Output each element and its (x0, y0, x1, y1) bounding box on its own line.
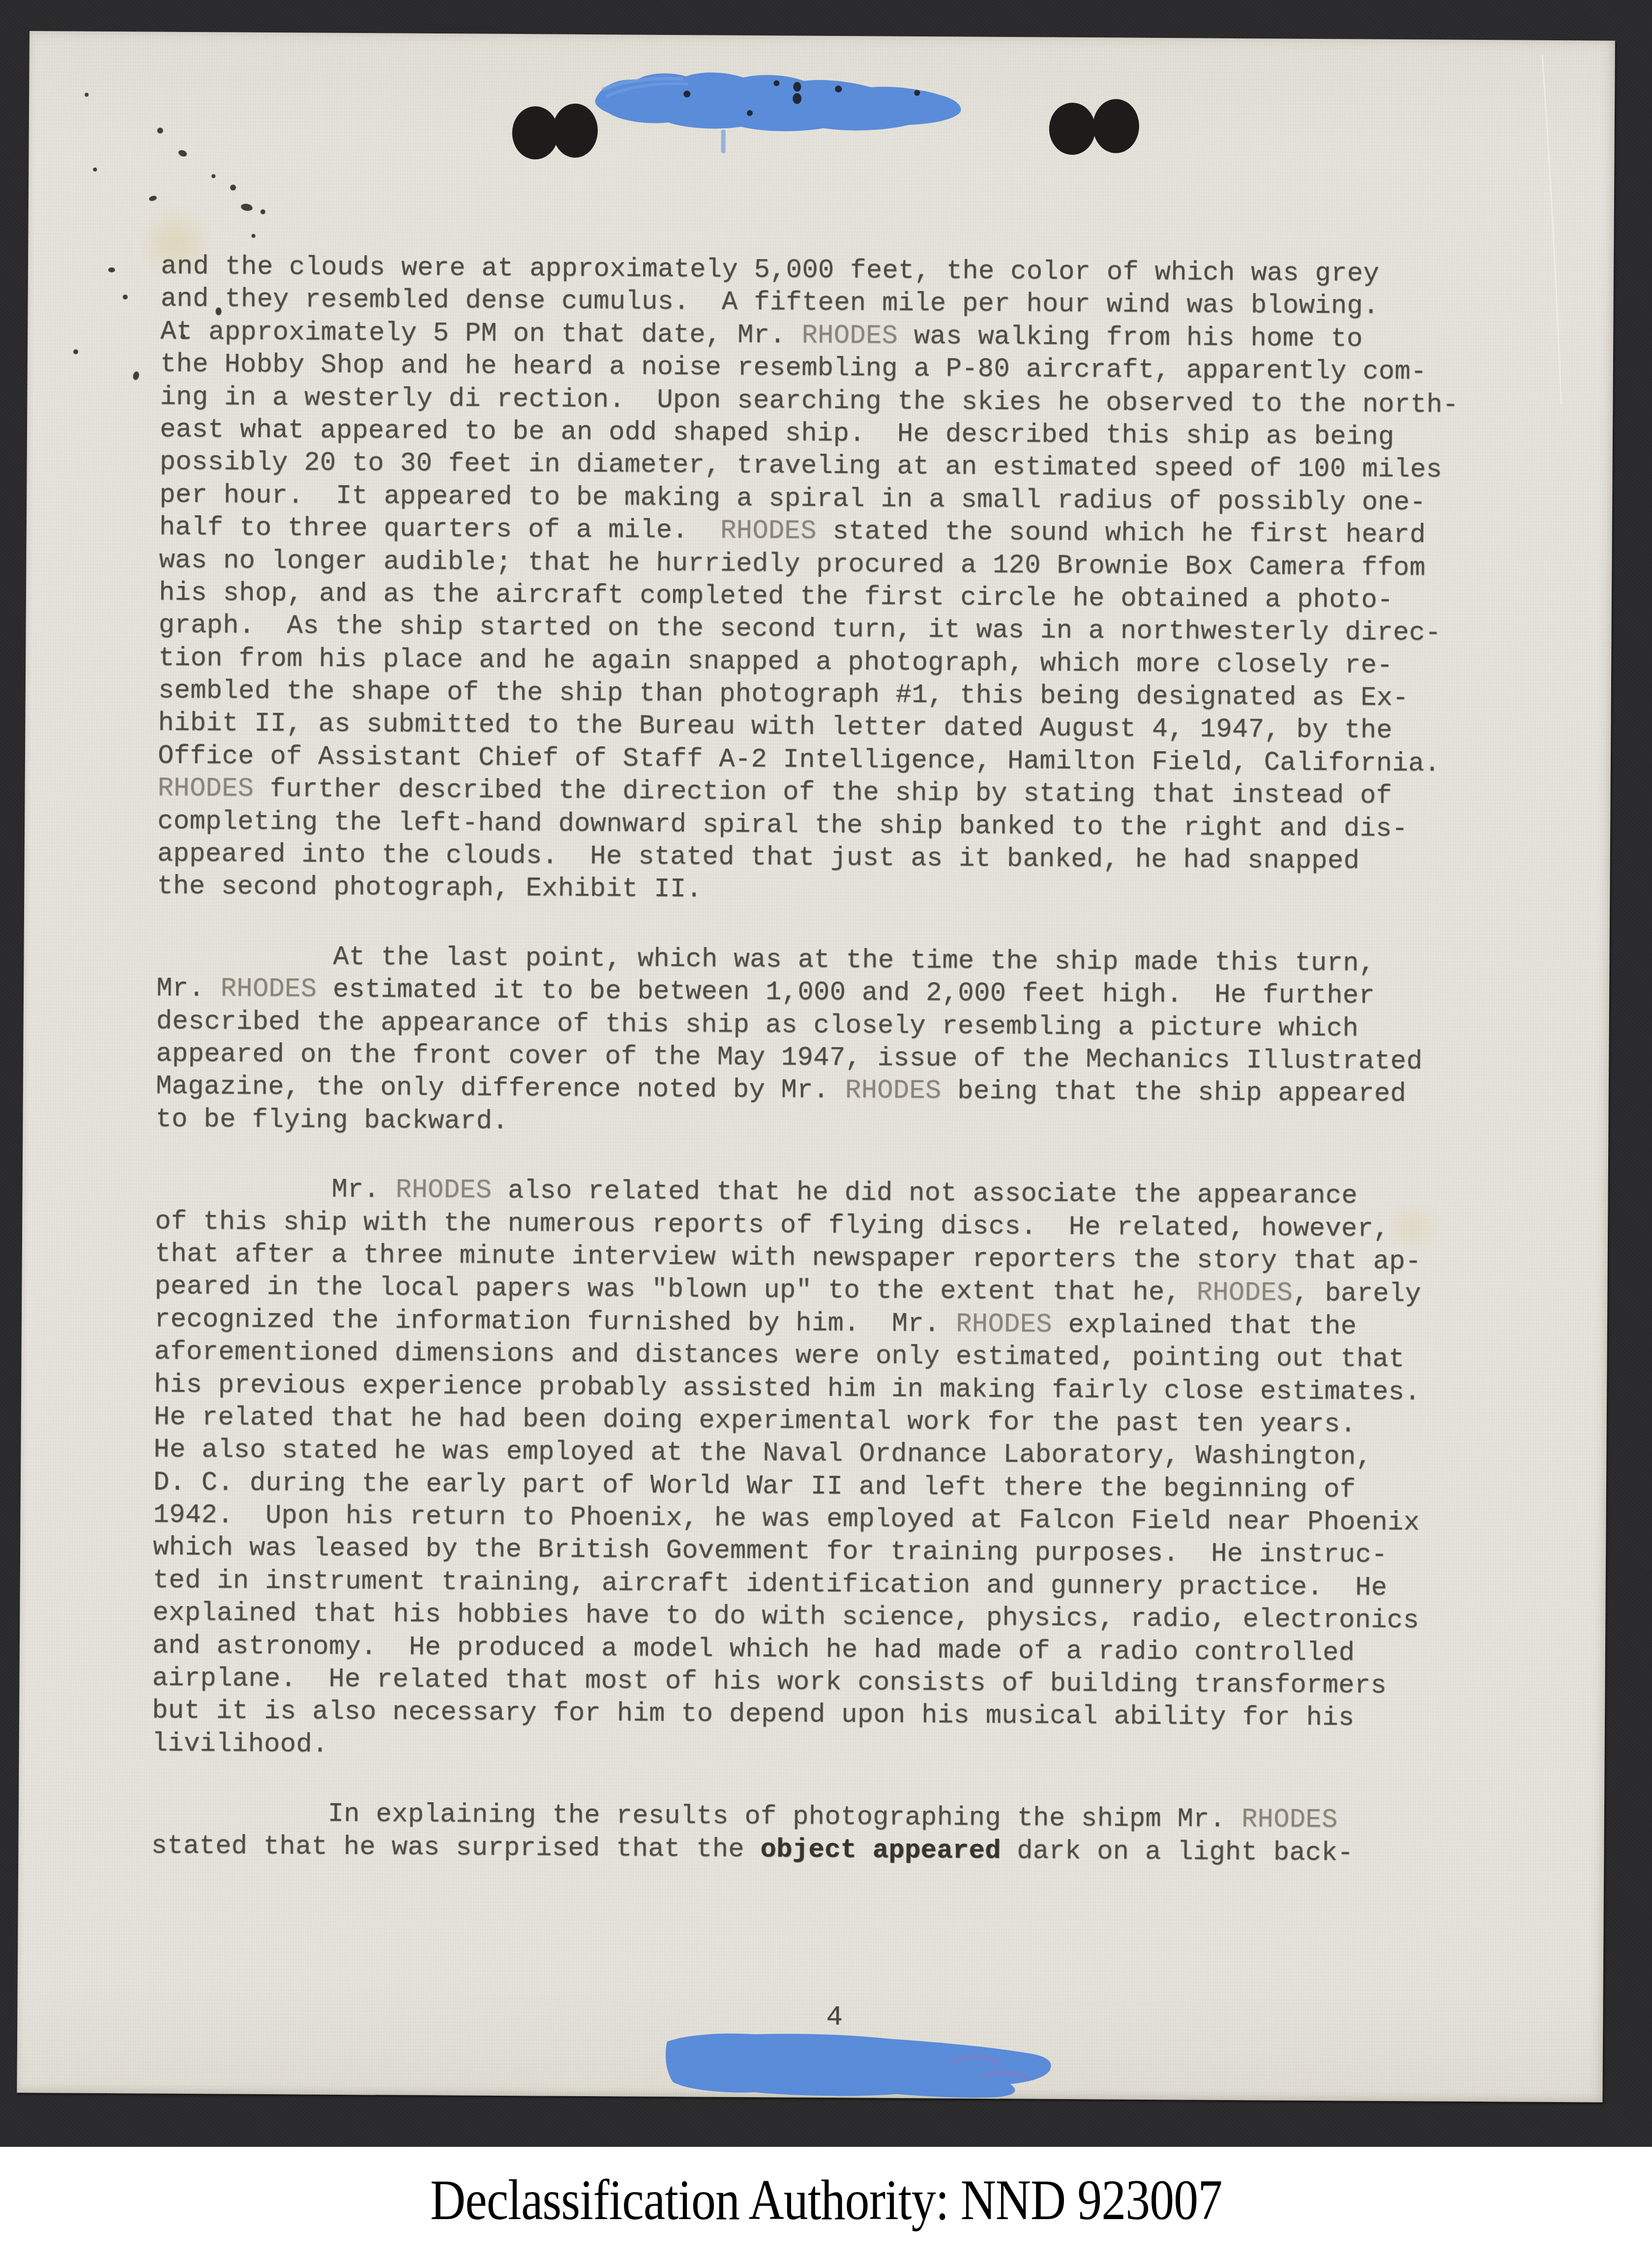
declassification-text: Declassification Authority: NND 923007 (430, 2168, 1222, 2233)
page-number: 4 (826, 2001, 843, 2033)
declassification-banner: Declassification Authority: NND 923007 (0, 2147, 1652, 2254)
blue-marker-bottom (665, 2033, 1051, 2098)
paper-sheet: and the clouds were at approximately 5,0… (17, 31, 1615, 2103)
crease-line (1540, 55, 1563, 404)
paragraph: and the clouds were at approximately 5,0… (157, 251, 1498, 911)
hole-punch-marks-right (1049, 99, 1140, 155)
hole-punch-marks-left (512, 103, 598, 160)
paragraph: In explaining the results of photographi… (151, 1797, 1489, 1871)
paragraph: Mr. RHODES also related that he did not … (152, 1173, 1493, 1769)
paragraph: At the last point, which was at the time… (155, 940, 1494, 1144)
typewritten-text: and the clouds were at approximately 5,0… (151, 251, 1498, 1871)
blue-marker-top (595, 72, 961, 155)
